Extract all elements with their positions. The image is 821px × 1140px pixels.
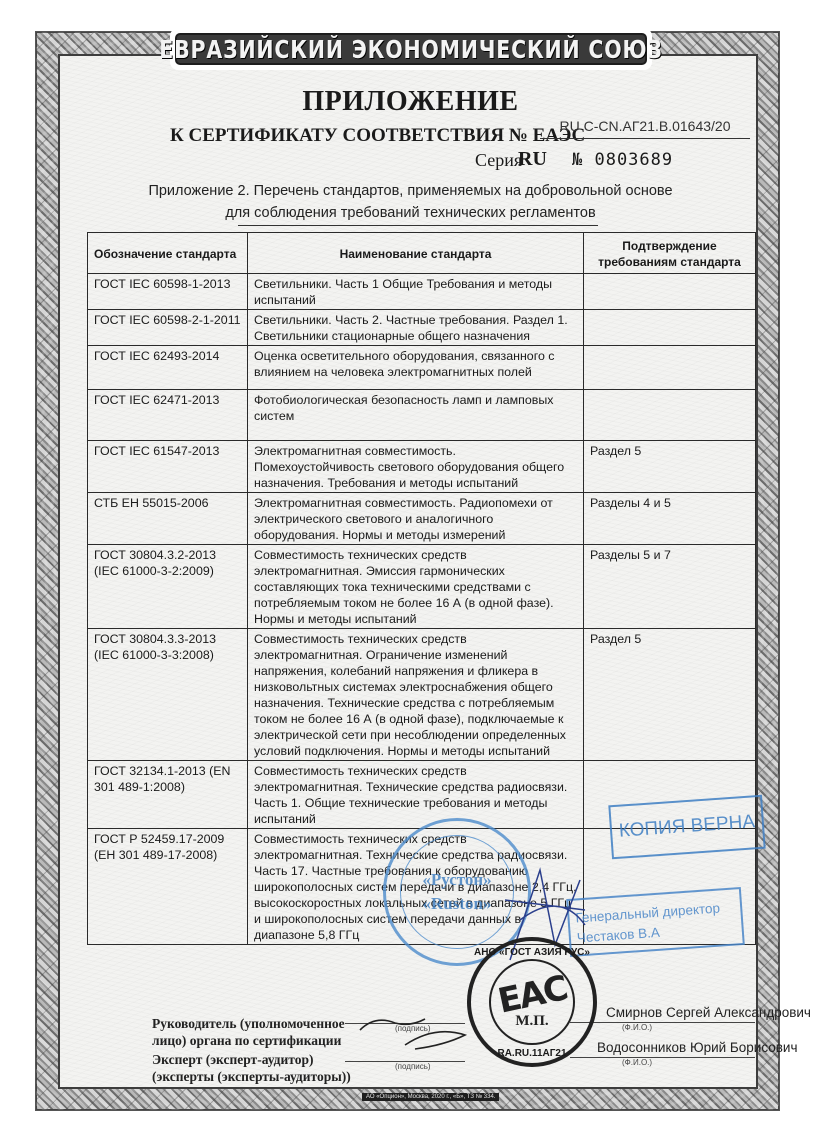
table-row: ГОСТ 30804.3.3-2013 (IEC 61000-3-3:2008)… — [88, 629, 756, 761]
column-header-confirmation: Подтверждение требованиям стандарта — [584, 233, 756, 274]
table-row: ГОСТ IEC 62471-2013 Фотобиологическая бе… — [88, 390, 756, 441]
standard-name: Электромагнитная совместимость. Помехоус… — [248, 441, 584, 493]
standard-confirmation: Раздел 5 — [584, 441, 756, 493]
table-row: ГОСТ IEC 60598-2-1-2011 Светильники. Час… — [88, 310, 756, 346]
copy-verified-text: КОПИЯ ВЕРНА — [618, 811, 756, 842]
expert-signature-caption: (подпись) — [395, 1062, 431, 1071]
standard-code: ГОСТ 32134.1-2013 (EN 301 489-1:2008) — [88, 761, 248, 829]
standard-name: Фотобиологическая безопасность ламп и ла… — [248, 390, 584, 441]
certificate-label: К СЕРТИФИКАТУ СООТВЕТСТВИЯ № ЕАЭС — [170, 125, 585, 147]
seal-ring-bottom: RA.RU.11АГ21 — [471, 1048, 593, 1059]
expert-signatory-label: Эксперт (эксперт-аудитор) (эксперты (экс… — [152, 1051, 351, 1085]
subtitle-underline — [238, 225, 598, 226]
standard-name: Электромагнитная совместимость. Радиопом… — [248, 493, 584, 545]
table-row: ГОСТ IEC 62493-2014 Оценка осветительног… — [88, 346, 756, 390]
expert-signatory-name: Водосонников Юрий Борисович — [597, 1040, 798, 1055]
expert-name-caption: (Ф.И.О.) — [622, 1058, 652, 1067]
standard-name: Оценка осветительного оборудования, связ… — [248, 346, 584, 390]
standard-confirmation: Разделы 4 и 5 — [584, 493, 756, 545]
union-banner: ЕВРАЗИЙСКИЙ ЭКОНОМИЧЕСКИЙ СОЮЗ — [172, 30, 650, 68]
printer-imprint: АО «Опцион», Москва, 2020 г., «Б», ТЗ № … — [362, 1093, 499, 1101]
certificate-number: RU C-CN.АГ21.В.01643/20 — [560, 118, 731, 134]
expert-name-line — [570, 1057, 755, 1058]
expert-label-line1: Эксперт (эксперт-аудитор) — [152, 1051, 351, 1068]
blank-number: № 0803689 — [572, 150, 673, 170]
standard-code: ГОСТ Р 52459.17-2009 (ЕН 301 489-17-2008… — [88, 829, 248, 945]
series-value: RU — [518, 148, 547, 171]
table-row: ГОСТ IEC 60598-1-2013 Светильники. Часть… — [88, 274, 756, 310]
column-header-name: Наименование стандарта — [248, 233, 584, 274]
standard-confirmation: Разделы 5 и 7 — [584, 545, 756, 629]
standard-confirmation — [584, 310, 756, 346]
head-name-line — [570, 1022, 755, 1023]
standard-name: Светильники. Часть 2. Частные требования… — [248, 310, 584, 346]
table-row: СТБ ЕН 55015-2006 Электромагнитная совме… — [88, 493, 756, 545]
appendix-subtitle-line1: Приложение 2. Перечень стандартов, приме… — [0, 183, 821, 199]
head-signature-icon — [355, 1005, 475, 1055]
standard-confirmation — [584, 390, 756, 441]
page-title: ПРИЛОЖЕНИЕ — [0, 86, 821, 118]
column-header-code: Обозначение стандарта — [88, 233, 248, 274]
company-seal-name-en: «Ruston» — [423, 894, 492, 914]
standard-name: Совместимость технических средств электр… — [248, 629, 584, 761]
standard-code: ГОСТ IEC 62493-2014 — [88, 346, 248, 390]
head-signatory-name: Смирнов Сергей Александрович — [606, 1005, 811, 1020]
standard-code: ГОСТ IEC 61547-2013 — [88, 441, 248, 493]
standard-code: ГОСТ IEC 62471-2013 — [88, 390, 248, 441]
head-label-line2: лицо) органа по сертификации — [152, 1032, 345, 1049]
standard-code: СТБ ЕН 55015-2006 — [88, 493, 248, 545]
appendix-subtitle-line2: для соблюдения требований технических ре… — [0, 205, 821, 221]
table-header-row: Обозначение стандарта Наименование станд… — [88, 233, 756, 274]
seal-ring-top: АНО «ГОСТ АЗИЯ РУС» — [471, 947, 593, 958]
standard-name: Светильники. Часть 1 Общие Требования и … — [248, 274, 584, 310]
standard-code: ГОСТ IEC 60598-2-1-2011 — [88, 310, 248, 346]
table-row: ГОСТ IEC 61547-2013 Электромагнитная сов… — [88, 441, 756, 493]
series-label: Серия — [475, 150, 522, 171]
banner-title: ЕВРАЗИЙСКИЙ ЭКОНОМИЧЕСКИЙ СОЮЗ — [159, 35, 663, 64]
table-row: ГОСТ 30804.3.2-2013 (IEC 61000-3-2:2009)… — [88, 545, 756, 629]
standard-confirmation — [584, 346, 756, 390]
eac-certification-seal-icon: АНО «ГОСТ АЗИЯ РУС» ЕАС М.П. RA.RU.11АГ2… — [467, 937, 597, 1067]
standard-confirmation: Раздел 5 — [584, 629, 756, 761]
head-name-caption: (Ф.И.О.) — [622, 1023, 652, 1032]
standard-code: ГОСТ 30804.3.3-2013 (IEC 61000-3-3:2008) — [88, 629, 248, 761]
certificate-number-field: RU C-CN.АГ21.В.01643/20 — [540, 118, 750, 139]
standard-code: ГОСТ 30804.3.2-2013 (IEC 61000-3-2:2009) — [88, 545, 248, 629]
head-label-line1: Руководитель (уполномоченное — [152, 1015, 345, 1032]
copy-verified-stamp: КОПИЯ ВЕРНА — [608, 795, 765, 860]
head-signatory-label: Руководитель (уполномоченное лицо) орган… — [152, 1015, 345, 1049]
standard-name: Совместимость технических средств электр… — [248, 761, 584, 829]
standard-name: Совместимость технических средств электр… — [248, 545, 584, 629]
company-seal-name-ru: «Рустон» — [422, 870, 491, 890]
standard-confirmation — [584, 274, 756, 310]
expert-label-line2: (эксперты (эксперты-аудиторы)) — [152, 1068, 351, 1085]
eac-mark: ЕАС — [494, 968, 569, 1021]
standard-code: ГОСТ IEC 60598-1-2013 — [88, 274, 248, 310]
